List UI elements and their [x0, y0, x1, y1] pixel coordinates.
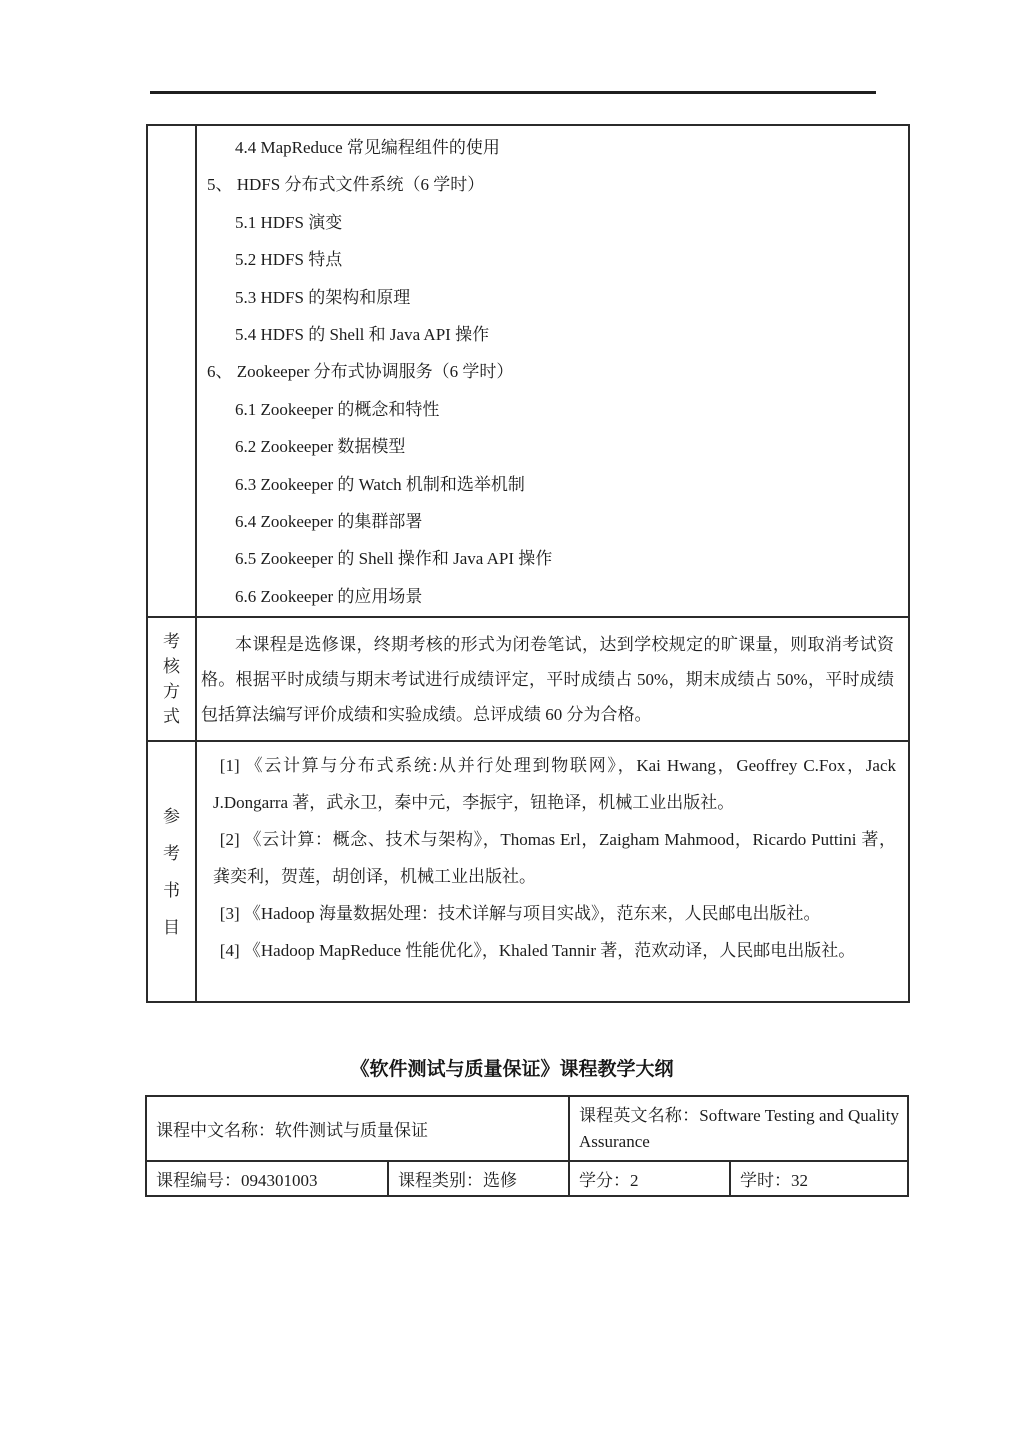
- outline-item: 5.1 HDFS 演变: [197, 204, 908, 241]
- course-name-row: 课程中文名称：软件测试与质量保证 课程英文名称：Software Testing…: [146, 1096, 908, 1161]
- reference-item: [2] 《云计算：概念、技术与架构》，Thomas Erl，Zaigham Ma…: [213, 821, 896, 895]
- course-meta-row: 课程编号：094301003 课程类别：选修 学分：2 学时：32: [146, 1161, 908, 1196]
- course-en-name: 课程英文名称：Software Testing and Quality Assu…: [569, 1096, 908, 1161]
- assessment-content: 本课程是选修课，终期考核的形式为闭卷笔试，达到学校规定的旷课量，则取消考试资格。…: [197, 618, 908, 740]
- outline-item: 5.4 HDFS 的 Shell 和 Java API 操作: [197, 316, 908, 353]
- outline-row: 4.4 MapReduce 常见编程组件的使用 5、 HDFS 分布式文件系统（…: [148, 126, 908, 616]
- reference-item: [1] 《云计算与分布式系统:从并行处理到物联网》，Kai Hwang，Geof…: [213, 747, 896, 821]
- outline-item: 5.3 HDFS 的架构和原理: [197, 279, 908, 316]
- assessment-label-cell: 考核方式: [148, 618, 197, 740]
- page-title: 《软件测试与质量保证》课程教学大纲: [0, 1056, 1024, 1084]
- outline-item: 5、 HDFS 分布式文件系统（6 学时）: [197, 166, 908, 203]
- outline-label-cell: [148, 126, 197, 616]
- outline-item: 6.3 Zookeeper 的 Watch 机制和选举机制: [197, 466, 908, 503]
- outline-item: 6.5 Zookeeper 的 Shell 操作和 Java API 操作: [197, 540, 908, 577]
- outline-item: 4.4 MapReduce 常见编程组件的使用: [197, 129, 908, 166]
- references-label-cell: 参考书目: [148, 742, 197, 1001]
- reference-item: [4] 《Hadoop MapReduce 性能优化》，Khaled Tanni…: [213, 932, 896, 969]
- references-content: [1] 《云计算与分布式系统:从并行处理到物联网》，Kai Hwang，Geof…: [197, 742, 908, 1001]
- outline-item: 6、 Zookeeper 分布式协调服务（6 学时）: [197, 353, 908, 390]
- course-info-table: 课程中文名称：软件测试与质量保证 课程英文名称：Software Testing…: [145, 1095, 909, 1197]
- course-category: 课程类别：选修: [388, 1161, 569, 1196]
- references-row: 参考书目 [1] 《云计算与分布式系统:从并行处理到物联网》，Kai Hwang…: [148, 740, 908, 1001]
- course-cn-name: 课程中文名称：软件测试与质量保证: [146, 1096, 569, 1161]
- outline-item: 6.6 Zookeeper 的应用场景: [197, 578, 908, 615]
- outline-content: 4.4 MapReduce 常见编程组件的使用 5、 HDFS 分布式文件系统（…: [197, 126, 908, 616]
- course-credits: 学分：2: [569, 1161, 730, 1196]
- assessment-method-text: 本课程是选修课，终期考核的形式为闭卷笔试，达到学校规定的旷课量，则取消考试资格。…: [197, 618, 908, 732]
- outline-item: 5.2 HDFS 特点: [197, 241, 908, 278]
- assessment-method-label: 考核方式: [163, 629, 181, 729]
- assessment-row: 考核方式 本课程是选修课，终期考核的形式为闭卷笔试，达到学校规定的旷课量，则取消…: [148, 616, 908, 740]
- outline-item: 6.1 Zookeeper 的概念和特性: [197, 391, 908, 428]
- course-code: 课程编号：094301003: [146, 1161, 388, 1196]
- outline-item: 6.4 Zookeeper 的集群部署: [197, 503, 908, 540]
- outline-item: 6.2 Zookeeper 数据模型: [197, 428, 908, 465]
- reference-books-label: 参考书目: [163, 798, 181, 946]
- header-rule: [150, 91, 876, 94]
- course-hours: 学时：32: [730, 1161, 908, 1196]
- course-outline-table: 4.4 MapReduce 常见编程组件的使用 5、 HDFS 分布式文件系统（…: [146, 124, 910, 1003]
- reference-item: [3] 《Hadoop 海量数据处理：技术详解与项目实战》，范东来，人民邮电出版…: [213, 895, 896, 932]
